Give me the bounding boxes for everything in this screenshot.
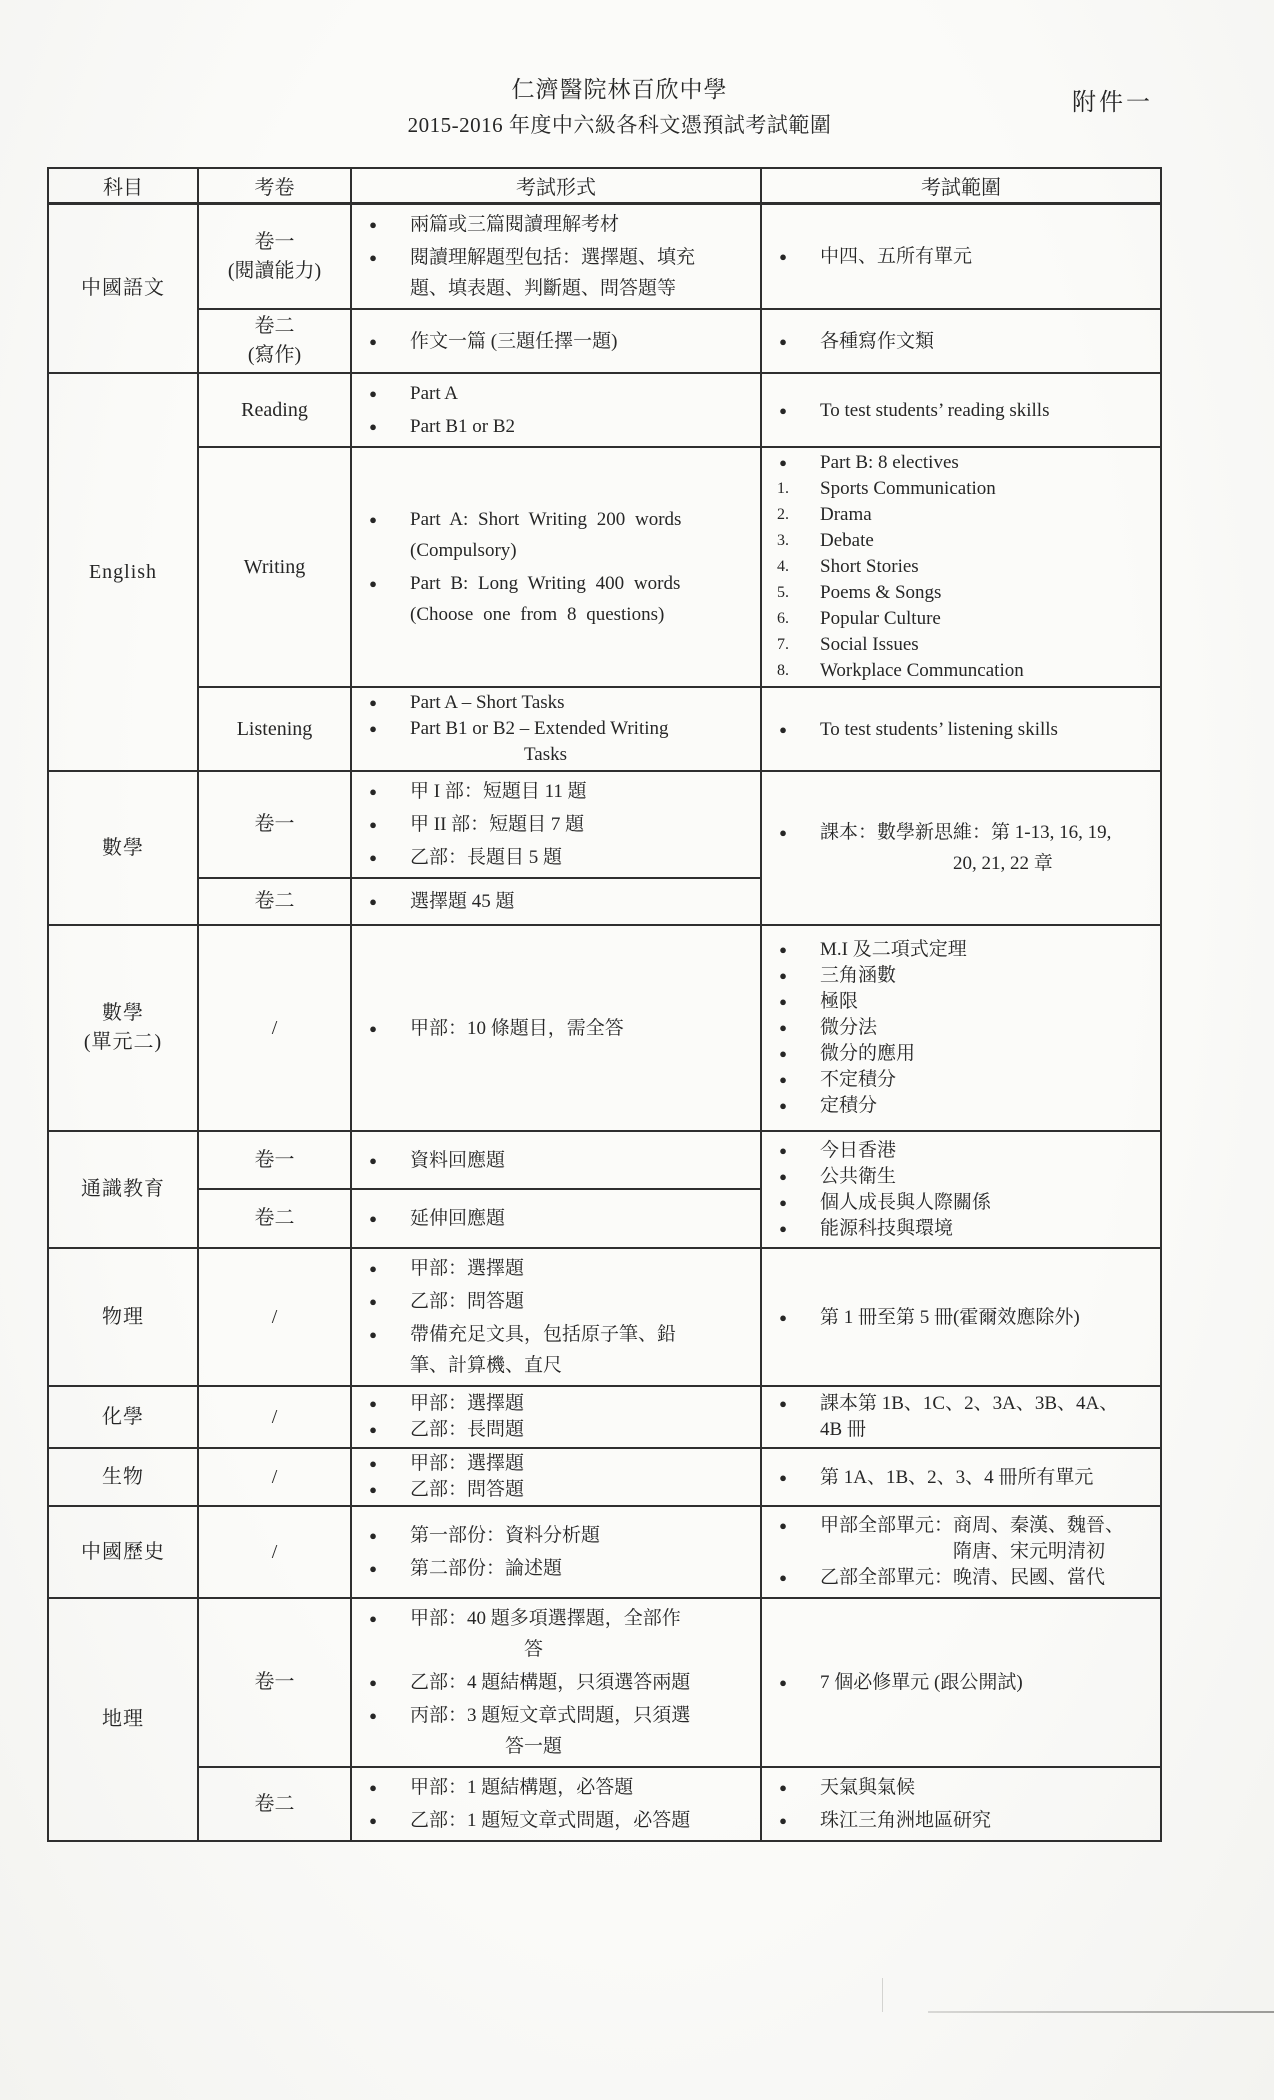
list-item-text: Sports Communication <box>800 476 1156 502</box>
bullet-marker: ● <box>356 1520 390 1551</box>
list-item-text: Part B: Long Writing 400 words (Choose o… <box>390 568 756 630</box>
bullet-marker: ● <box>356 1477 390 1503</box>
bullet-marker: ● <box>766 1138 800 1164</box>
format-cell: ●甲部：10 條題目，需全答 <box>351 925 761 1131</box>
subject-cell-physics: 物理 <box>48 1248 198 1386</box>
format-cell: ●作文一篇 (三題任擇一題) <box>351 309 761 373</box>
number-marker: 7. <box>766 632 800 658</box>
bullet-marker: ● <box>766 1190 800 1216</box>
bullet-marker: ● <box>356 1145 390 1176</box>
list-item: ●To test students’ listening skills <box>766 714 1156 745</box>
table-row: 中國語文 卷一 (閱讀能力) ●兩篇或三篇閱讀理解考材●閱讀理解題型包括：選擇題… <box>48 204 1161 310</box>
list-item: ●甲部：選擇題 <box>356 1253 756 1284</box>
list-item-text: Part B1 or B2 – Extended Writing Tasks <box>390 716 756 768</box>
format-cell: ●甲部：選擇題●乙部：長問題 <box>351 1386 761 1448</box>
paper-cell: Reading <box>198 373 351 447</box>
list-item: ●個人成長與人際關係 <box>766 1190 1156 1216</box>
list-item: ●Part B: 8 electives <box>766 450 1156 476</box>
number-marker: 8. <box>766 658 800 684</box>
scope-cell: ●天氣與氣候●珠江三角洲地區研究 <box>761 1767 1161 1841</box>
paper-cell: Listening <box>198 687 351 771</box>
list-item: ●M.I 及二項式定理 <box>766 937 1156 963</box>
list-item: ●微分的應用 <box>766 1041 1156 1067</box>
list-item-text: 甲 II 部：短題目 7 題 <box>390 809 756 840</box>
bullet-marker: ● <box>356 1391 390 1417</box>
list-item: ●甲 II 部：短題目 7 題 <box>356 809 756 840</box>
subject-cell-chinese-history: 中國歷史 <box>48 1506 198 1598</box>
list-item: ●甲部：選擇題 <box>356 1391 756 1417</box>
table-row: 卷二 ●甲部：1 題結構題，必答題●乙部：1 題短文章式問題，必答題 ●天氣與氣… <box>48 1767 1161 1841</box>
list-item: ●To test students’ reading skills <box>766 395 1156 426</box>
paper-cell: 卷一 <box>198 1131 351 1189</box>
scope-cell: ●甲部全部單元：商周、秦漢、魏晉、 隋唐、宋元明清初●乙部全部單元：晚清、民國、… <box>761 1506 1161 1598</box>
list-item: ●Part A <box>356 378 756 409</box>
bullet-marker: ● <box>766 1067 800 1093</box>
bullet-marker: ● <box>356 1286 390 1317</box>
list-item-text: 延伸回應題 <box>390 1203 756 1234</box>
bullet-marker: ● <box>356 1667 390 1698</box>
bullet-marker: ● <box>356 776 390 807</box>
subject-cell-english: English <box>48 373 198 771</box>
list-item: ●微分法 <box>766 1015 1156 1041</box>
list-item: ●第二部份：論述題 <box>356 1553 756 1584</box>
bullet-marker: ● <box>356 326 390 357</box>
bullet-marker: ● <box>766 1513 800 1539</box>
paper-cell: 卷一 <box>198 1598 351 1767</box>
list-item-text: 不定積分 <box>800 1067 1156 1093</box>
bullet-marker: ● <box>766 241 800 272</box>
number-marker: 6. <box>766 606 800 632</box>
list-item-text: 甲部：選擇題 <box>390 1451 756 1477</box>
list-item: ●甲部：選擇題 <box>356 1451 756 1477</box>
bullet-marker: ● <box>766 1391 800 1417</box>
list-item: ●課本第 1B、1C、2、3A、3B、4A、 4B 冊 <box>766 1391 1156 1443</box>
format-cell: ●資料回應題 <box>351 1131 761 1189</box>
list-item: 5.Poems & Songs <box>766 580 1156 606</box>
list-item-text: 能源科技與環境 <box>800 1216 1156 1242</box>
list-item: ●Part B1 or B2 <box>356 411 756 442</box>
scope-cell: ●中四、五所有單元 <box>761 204 1161 310</box>
list-item: ●第 1A、1B、2、3、4 冊所有單元 <box>766 1462 1156 1493</box>
list-item-text: Workplace Communcation <box>800 658 1156 684</box>
list-item: ●乙部：長題目 5 題 <box>356 842 756 873</box>
list-item: ●甲部：40 題多項選擇題，全部作 答 <box>356 1603 756 1665</box>
list-item-text: 乙部：問答題 <box>390 1286 756 1317</box>
scanned-page: 附件一 仁濟醫院林百欣中學 2015-2016 年度中六級各科文憑預試考試範圍 … <box>0 0 1274 2100</box>
number-marker: 3. <box>766 528 800 554</box>
list-item-text: 第 1A、1B、2、3、4 冊所有單元 <box>800 1462 1156 1493</box>
list-item-text: 甲部：選擇題 <box>390 1253 756 1284</box>
list-item: ●乙部：1 題短文章式問題，必答題 <box>356 1805 756 1836</box>
list-item: ●珠江三角洲地區研究 <box>766 1805 1156 1836</box>
list-item: ●延伸回應題 <box>356 1203 756 1234</box>
list-item-text: 中四、五所有單元 <box>800 241 1156 272</box>
paper-cell: Writing <box>198 447 351 687</box>
header-paper: 考卷 <box>198 168 351 204</box>
bullet-marker: ● <box>766 1772 800 1803</box>
subject-cell-liberal-studies: 通識教育 <box>48 1131 198 1248</box>
format-cell: ●Part A●Part B1 or B2 <box>351 373 761 447</box>
table-row: 卷二 (寫作) ●作文一篇 (三題任擇一題) ●各種寫作文類 <box>48 309 1161 373</box>
bullet-marker: ● <box>766 1216 800 1242</box>
bullet-marker: ● <box>356 1700 390 1731</box>
list-item: 3.Debate <box>766 528 1156 554</box>
subject-cell-math: 數學 <box>48 771 198 925</box>
list-item: ●甲部：1 題結構題，必答題 <box>356 1772 756 1803</box>
list-item: ●甲 I 部：短題目 11 題 <box>356 776 756 807</box>
list-item-text: To test students’ listening skills <box>800 714 1156 745</box>
bullet-marker: ● <box>356 411 390 442</box>
list-item-text: 微分法 <box>800 1015 1156 1041</box>
list-item: ●極限 <box>766 989 1156 1015</box>
scope-cell: ●Part B: 8 electives1.Sports Communicati… <box>761 447 1161 687</box>
paper-cell: / <box>198 1448 351 1506</box>
table-row: 中國歷史 / ●第一部份：資料分析題●第二部份：論述題 ●甲部全部單元：商周、秦… <box>48 1506 1161 1598</box>
list-item: ●丙部：3 題短文章式問題，只須選 答一題 <box>356 1700 756 1762</box>
header-scope: 考試範圍 <box>761 168 1161 204</box>
list-item: ●三角涵數 <box>766 963 1156 989</box>
list-item-text: 三角涵數 <box>800 963 1156 989</box>
bullet-marker: ● <box>766 1302 800 1333</box>
scope-cell: ●To test students’ listening skills <box>761 687 1161 771</box>
list-item: 1.Sports Communication <box>766 476 1156 502</box>
bullet-marker: ● <box>356 1553 390 1584</box>
bullet-marker: ● <box>766 450 800 476</box>
bullet-marker: ● <box>766 1041 800 1067</box>
list-item-text: M.I 及二項式定理 <box>800 937 1156 963</box>
list-item-text: Part B: 8 electives <box>800 450 1156 476</box>
list-item-text: 微分的應用 <box>800 1041 1156 1067</box>
number-marker: 4. <box>766 554 800 580</box>
bullet-marker: ● <box>766 326 800 357</box>
list-item: ●資料回應題 <box>356 1145 756 1176</box>
bullet-marker: ● <box>766 1164 800 1190</box>
scan-artifact <box>928 2011 1274 2013</box>
bullet-marker: ● <box>356 809 390 840</box>
table-row: 數學 卷一 ●甲 I 部：短題目 11 題●甲 II 部：短題目 7 題●乙部：… <box>48 771 1161 878</box>
scope-cell: ●課本第 1B、1C、2、3A、3B、4A、 4B 冊 <box>761 1386 1161 1448</box>
list-item: ●選擇題 45 題 <box>356 886 756 917</box>
list-item-text: Part B1 or B2 <box>390 411 756 442</box>
list-item: 4.Short Stories <box>766 554 1156 580</box>
list-item-text: 甲部：40 題多項選擇題，全部作 答 <box>390 1603 756 1665</box>
bullet-marker: ● <box>356 1319 390 1350</box>
bullet-marker: ● <box>356 716 390 742</box>
scope-cell: ●To test students’ reading skills <box>761 373 1161 447</box>
bullet-marker: ● <box>766 1805 800 1836</box>
scope-cell: ●第 1 冊至第 5 冊(霍爾效應除外) <box>761 1248 1161 1386</box>
bullet-marker: ● <box>356 1805 390 1836</box>
list-item-text: 定積分 <box>800 1093 1156 1119</box>
list-item-text: 閱讀理解題型包括：選擇題、填充 題、填表題、判斷題、問答題等 <box>390 242 756 304</box>
list-item: ●中四、五所有單元 <box>766 241 1156 272</box>
paper-cell: 卷二 (寫作) <box>198 309 351 373</box>
bullet-marker: ● <box>356 842 390 873</box>
bullet-marker: ● <box>356 568 390 599</box>
list-item-text: Part A – Short Tasks <box>390 690 756 716</box>
list-item: ●閱讀理解題型包括：選擇題、填充 題、填表題、判斷題、問答題等 <box>356 242 756 304</box>
list-item-text: 今日香港 <box>800 1138 1156 1164</box>
list-item-text: 極限 <box>800 989 1156 1015</box>
paper-cell: / <box>198 925 351 1131</box>
scope-cell: ●今日香港●公共衛生●個人成長與人際關係●能源科技與環境 <box>761 1131 1161 1248</box>
list-item-text: 乙部：1 題短文章式問題，必答題 <box>390 1805 756 1836</box>
table-row: 化學 / ●甲部：選擇題●乙部：長問題 ●課本第 1B、1C、2、3A、3B、4… <box>48 1386 1161 1448</box>
bullet-marker: ● <box>356 1203 390 1234</box>
table-row: English Reading ●Part A●Part B1 or B2 ●T… <box>48 373 1161 447</box>
list-item-text: 乙部：4 題結構題，只須選答兩題 <box>390 1667 756 1698</box>
bullet-marker: ● <box>766 1462 800 1493</box>
paper-cell: / <box>198 1506 351 1598</box>
table-row: 數學 (單元二) / ●甲部：10 條題目，需全答 ●M.I 及二項式定理●三角… <box>48 925 1161 1131</box>
subject-cell-math-m2: 數學 (單元二) <box>48 925 198 1131</box>
list-item-text: Popular Culture <box>800 606 1156 632</box>
list-item: ●兩篇或三篇閱讀理解考材 <box>356 209 756 240</box>
subject-cell-chemistry: 化學 <box>48 1386 198 1448</box>
list-item: ●乙部：4 題結構題，只須選答兩題 <box>356 1667 756 1698</box>
list-item-text: Poems & Songs <box>800 580 1156 606</box>
bullet-marker: ● <box>356 1417 390 1443</box>
number-marker: 2. <box>766 502 800 528</box>
bullet-marker: ● <box>356 1253 390 1284</box>
list-item: ●定積分 <box>766 1093 1156 1119</box>
list-item: 2.Drama <box>766 502 1156 528</box>
list-item-text: 課本第 1B、1C、2、3A、3B、4A、 4B 冊 <box>800 1391 1156 1443</box>
number-marker: 1. <box>766 476 800 502</box>
scope-cell: ●7 個必修單元 (跟公開試) <box>761 1598 1161 1767</box>
list-item: ●各種寫作文類 <box>766 326 1156 357</box>
paper-cell: 卷二 <box>198 1189 351 1248</box>
list-item-text: Debate <box>800 528 1156 554</box>
list-item: 6.Popular Culture <box>766 606 1156 632</box>
subject-cell-biology: 生物 <box>48 1448 198 1506</box>
list-item-text: 天氣與氣候 <box>800 1772 1156 1803</box>
bullet-marker: ● <box>766 817 800 848</box>
list-item: ●Part B: Long Writing 400 words (Choose … <box>356 568 756 630</box>
bullet-marker: ● <box>766 1565 800 1591</box>
list-item-text: 帶備充足文具，包括原子筆、鉛 筆、計算機、直尺 <box>390 1319 756 1381</box>
scope-cell: ●M.I 及二項式定理●三角涵數●極限●微分法●微分的應用●不定積分●定積分 <box>761 925 1161 1131</box>
list-item: ●乙部：問答題 <box>356 1477 756 1503</box>
list-item: 8.Workplace Communcation <box>766 658 1156 684</box>
list-item-text: 甲部全部單元：商周、秦漢、魏晉、 隋唐、宋元明清初 <box>800 1513 1156 1565</box>
list-item: ●天氣與氣候 <box>766 1772 1156 1803</box>
paper-cell: / <box>198 1386 351 1448</box>
list-item-text: 乙部：長問題 <box>390 1417 756 1443</box>
list-item: ●第一部份：資料分析題 <box>356 1520 756 1551</box>
paper-cell: 卷二 <box>198 878 351 925</box>
bullet-marker: ● <box>766 963 800 989</box>
scope-cell: ●課本：數學新思維：第 1-13, 16, 19, 20, 21, 22 章 <box>761 771 1161 925</box>
list-item-text: 作文一篇 (三題任擇一題) <box>390 326 756 357</box>
document-title: 2015-2016 年度中六級各科文憑預試考試範圍 <box>47 112 1192 138</box>
list-item-text: 第 1 冊至第 5 冊(霍爾效應除外) <box>800 1302 1156 1333</box>
table-row: 生物 / ●甲部：選擇題●乙部：問答題 ●第 1A、1B、2、3、4 冊所有單元 <box>48 1448 1161 1506</box>
list-item: ●Part A – Short Tasks <box>356 690 756 716</box>
list-item: ●課本：數學新思維：第 1-13, 16, 19, 20, 21, 22 章 <box>766 817 1156 879</box>
list-item-text: 乙部：問答題 <box>390 1477 756 1503</box>
number-marker: 5. <box>766 580 800 606</box>
exam-scope-table: 科目 考卷 考試形式 考試範圍 中國語文 卷一 (閱讀能力) ●兩篇或三篇閱讀理… <box>47 167 1162 1842</box>
list-item-text: 珠江三角洲地區研究 <box>800 1805 1156 1836</box>
table-row: 物理 / ●甲部：選擇題●乙部：問答題●帶備充足文具，包括原子筆、鉛 筆、計算機… <box>48 1248 1161 1386</box>
table-row: Listening ●Part A – Short Tasks●Part B1 … <box>48 687 1161 771</box>
bullet-marker: ● <box>356 378 390 409</box>
bullet-marker: ● <box>766 714 800 745</box>
list-item: ●甲部全部單元：商周、秦漢、魏晉、 隋唐、宋元明清初 <box>766 1513 1156 1565</box>
bullet-marker: ● <box>766 1015 800 1041</box>
list-item-text: Drama <box>800 502 1156 528</box>
list-item: ●乙部：問答題 <box>356 1286 756 1317</box>
list-item: ●乙部：長問題 <box>356 1417 756 1443</box>
bullet-marker: ● <box>766 937 800 963</box>
format-cell: ●Part A – Short Tasks●Part B1 or B2 – Ex… <box>351 687 761 771</box>
paper-cell: 卷一 (閱讀能力) <box>198 204 351 310</box>
bullet-marker: ● <box>356 242 390 273</box>
list-item-text: 甲部：10 條題目，需全答 <box>390 1013 756 1044</box>
list-item-text: 甲部：選擇題 <box>390 1391 756 1417</box>
bullet-marker: ● <box>766 1667 800 1698</box>
list-item-text: 各種寫作文類 <box>800 326 1156 357</box>
list-item-text: 7 個必修單元 (跟公開試) <box>800 1667 1156 1698</box>
format-cell: ●甲部：選擇題●乙部：問答題 <box>351 1448 761 1506</box>
table-row: Writing ●Part A: Short Writing 200 words… <box>48 447 1161 687</box>
table-row: 地理 卷一 ●甲部：40 題多項選擇題，全部作 答●乙部：4 題結構題，只須選答… <box>48 1598 1161 1767</box>
list-item: 7.Social Issues <box>766 632 1156 658</box>
list-item-text: Part A <box>390 378 756 409</box>
bullet-marker: ● <box>356 1603 390 1634</box>
bullet-marker: ● <box>356 1451 390 1477</box>
table-header-row: 科目 考卷 考試形式 考試範圍 <box>48 168 1161 204</box>
bullet-marker: ● <box>766 1093 800 1119</box>
format-cell: ●甲部：1 題結構題，必答題●乙部：1 題短文章式問題，必答題 <box>351 1767 761 1841</box>
bullet-marker: ● <box>356 1013 390 1044</box>
list-item: ●能源科技與環境 <box>766 1216 1156 1242</box>
list-item: ●Part A: Short Writing 200 words (Compul… <box>356 504 756 566</box>
scope-cell: ●各種寫作文類 <box>761 309 1161 373</box>
list-item-text: To test students’ reading skills <box>800 395 1156 426</box>
paper-cell: / <box>198 1248 351 1386</box>
scope-cell: ●第 1A、1B、2、3、4 冊所有單元 <box>761 1448 1161 1506</box>
subject-cell-chinese: 中國語文 <box>48 204 198 374</box>
header-format: 考試形式 <box>351 168 761 204</box>
list-item: ●7 個必修單元 (跟公開試) <box>766 1667 1156 1698</box>
list-item-text: 乙部：長題目 5 題 <box>390 842 756 873</box>
list-item: ●甲部：10 條題目，需全答 <box>356 1013 756 1044</box>
bullet-marker: ● <box>766 989 800 1015</box>
list-item: ●第 1 冊至第 5 冊(霍爾效應除外) <box>766 1302 1156 1333</box>
format-cell: ●延伸回應題 <box>351 1189 761 1248</box>
list-item-text: 第二部份：論述題 <box>390 1553 756 1584</box>
bullet-marker: ● <box>356 690 390 716</box>
format-cell: ●甲部：選擇題●乙部：問答題●帶備充足文具，包括原子筆、鉛 筆、計算機、直尺 <box>351 1248 761 1386</box>
list-item-text: 丙部：3 題短文章式問題，只須選 答一題 <box>390 1700 756 1762</box>
list-item: ●乙部全部單元：晚清、民國、當代 <box>766 1565 1156 1591</box>
format-cell: ●Part A: Short Writing 200 words (Compul… <box>351 447 761 687</box>
document-header: 仁濟醫院林百欣中學 2015-2016 年度中六級各科文憑預試考試範圍 <box>47 76 1192 138</box>
list-item-text: 公共衛生 <box>800 1164 1156 1190</box>
paper-cell: 卷二 <box>198 1767 351 1841</box>
format-cell: ●甲部：40 題多項選擇題，全部作 答●乙部：4 題結構題，只須選答兩題●丙部：… <box>351 1598 761 1767</box>
scan-artifact <box>882 1978 883 2012</box>
format-cell: ●甲 I 部：短題目 11 題●甲 II 部：短題目 7 題●乙部：長題目 5 … <box>351 771 761 878</box>
bullet-marker: ● <box>766 395 800 426</box>
list-item: ●Part B1 or B2 – Extended Writing Tasks <box>356 716 756 768</box>
list-item-text: 選擇題 45 題 <box>390 886 756 917</box>
list-item-text: 第一部份：資料分析題 <box>390 1520 756 1551</box>
list-item: ●公共衛生 <box>766 1164 1156 1190</box>
list-item-text: 甲 I 部：短題目 11 題 <box>390 776 756 807</box>
bullet-marker: ● <box>356 886 390 917</box>
bullet-marker: ● <box>356 504 390 535</box>
format-cell: ●兩篇或三篇閱讀理解考材●閱讀理解題型包括：選擇題、填充 題、填表題、判斷題、問… <box>351 204 761 310</box>
list-item-text: 甲部：1 題結構題，必答題 <box>390 1772 756 1803</box>
list-item-text: Social Issues <box>800 632 1156 658</box>
list-item: ●作文一篇 (三題任擇一題) <box>356 326 756 357</box>
format-cell: ●第一部份：資料分析題●第二部份：論述題 <box>351 1506 761 1598</box>
list-item-text: 兩篇或三篇閱讀理解考材 <box>390 209 756 240</box>
school-name: 仁濟醫院林百欣中學 <box>47 76 1192 105</box>
format-cell: ●選擇題 45 題 <box>351 878 761 925</box>
table-row: 通識教育 卷一 ●資料回應題 ●今日香港●公共衛生●個人成長與人際關係●能源科技… <box>48 1131 1161 1189</box>
list-item-text: Part A: Short Writing 200 words (Compuls… <box>390 504 756 566</box>
list-item-text: 個人成長與人際關係 <box>800 1190 1156 1216</box>
paper-cell: 卷一 <box>198 771 351 878</box>
list-item-text: 課本：數學新思維：第 1-13, 16, 19, 20, 21, 22 章 <box>800 817 1156 879</box>
bullet-marker: ● <box>356 209 390 240</box>
header-subject: 科目 <box>48 168 198 204</box>
list-item-text: Short Stories <box>800 554 1156 580</box>
list-item-text: 資料回應題 <box>390 1145 756 1176</box>
list-item: ●今日香港 <box>766 1138 1156 1164</box>
list-item: ●不定積分 <box>766 1067 1156 1093</box>
bullet-marker: ● <box>356 1772 390 1803</box>
list-item: ●帶備充足文具，包括原子筆、鉛 筆、計算機、直尺 <box>356 1319 756 1381</box>
list-item-text: 乙部全部單元：晚清、民國、當代 <box>800 1565 1156 1591</box>
subject-cell-geography: 地理 <box>48 1598 198 1841</box>
